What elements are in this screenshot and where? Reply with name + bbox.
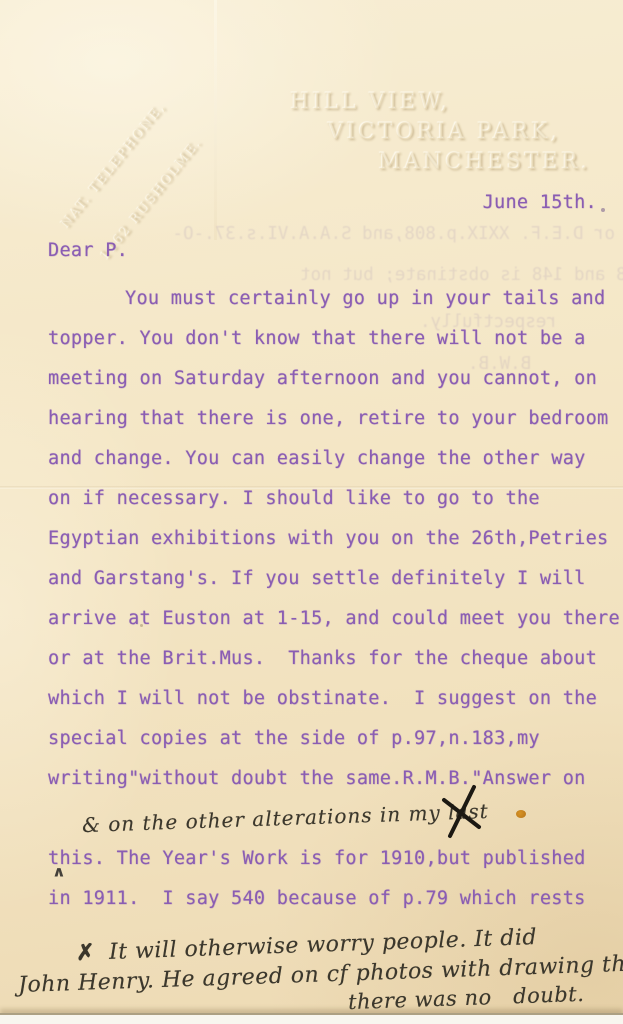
body-line: this. The Year's Work is for 1910,but pu… — [48, 839, 623, 879]
body-line: topper. You don't know that there will n… — [48, 319, 623, 359]
letter-page: NAT. TELEPHONE, 1162 RUSHOLME. HILL VIEW… — [0, 0, 623, 1024]
body-line: special copies at the side of p.97,n.183… — [48, 719, 623, 759]
body-line: Egyptian exhibitions with you on the 26t… — [48, 519, 623, 559]
vertical-fold-crease — [214, 0, 217, 240]
handwritten-x-mark — [438, 784, 484, 840]
x-reference-mark: ✗ — [76, 939, 96, 966]
letterhead-line-3: MANCHESTER. — [379, 150, 591, 175]
insertion-caret-mark: ∧ — [52, 864, 66, 881]
body-line: arrive at Euston at 1-15, and could meet… — [48, 599, 623, 639]
body-line: which I will not be obstinate. I suggest… — [48, 679, 623, 719]
body-line: meeting on Saturday afternoon and you ca… — [48, 359, 623, 399]
letter-date: June 15th. — [483, 192, 597, 213]
footnote-line-3: there was no doubt. — [348, 982, 585, 1014]
letterhead-line-1: HILL VIEW, — [291, 90, 452, 115]
body-line: on if necessary. I should like to go to … — [48, 479, 623, 519]
stamp-line-1: NAT. TELEPHONE, — [59, 100, 170, 232]
salutation: Dear P. — [48, 240, 128, 261]
ink-speck — [601, 208, 605, 212]
scan-edge-strip — [0, 1013, 623, 1024]
body-line: writing"without doubt the same.R.M.B."An… — [48, 759, 623, 799]
letterhead-line-2: VICTORIA PARK, — [328, 120, 561, 145]
body-line: in 1911. I say 540 because of p.79 which… — [48, 879, 623, 919]
orange-stain-dot — [516, 810, 526, 818]
body-line: and Garstang's. If you settle definitely… — [48, 559, 623, 599]
body-line: You must certainly go up in your tails a… — [48, 279, 623, 319]
body-line: hearing that there is one, retire to you… — [48, 399, 623, 439]
body-line: or at the Brit.Mus. Thanks for the chequ… — [48, 639, 623, 679]
embossed-telephone-stamp: NAT. TELEPHONE, 1162 RUSHOLME. — [28, 50, 218, 230]
body-line: and change. You can easily change the ot… — [48, 439, 623, 479]
bleedthrough-line-1: or D.E.F. XXIX.p.808,and S.A.A.VI.s.37.-… — [55, 224, 615, 244]
